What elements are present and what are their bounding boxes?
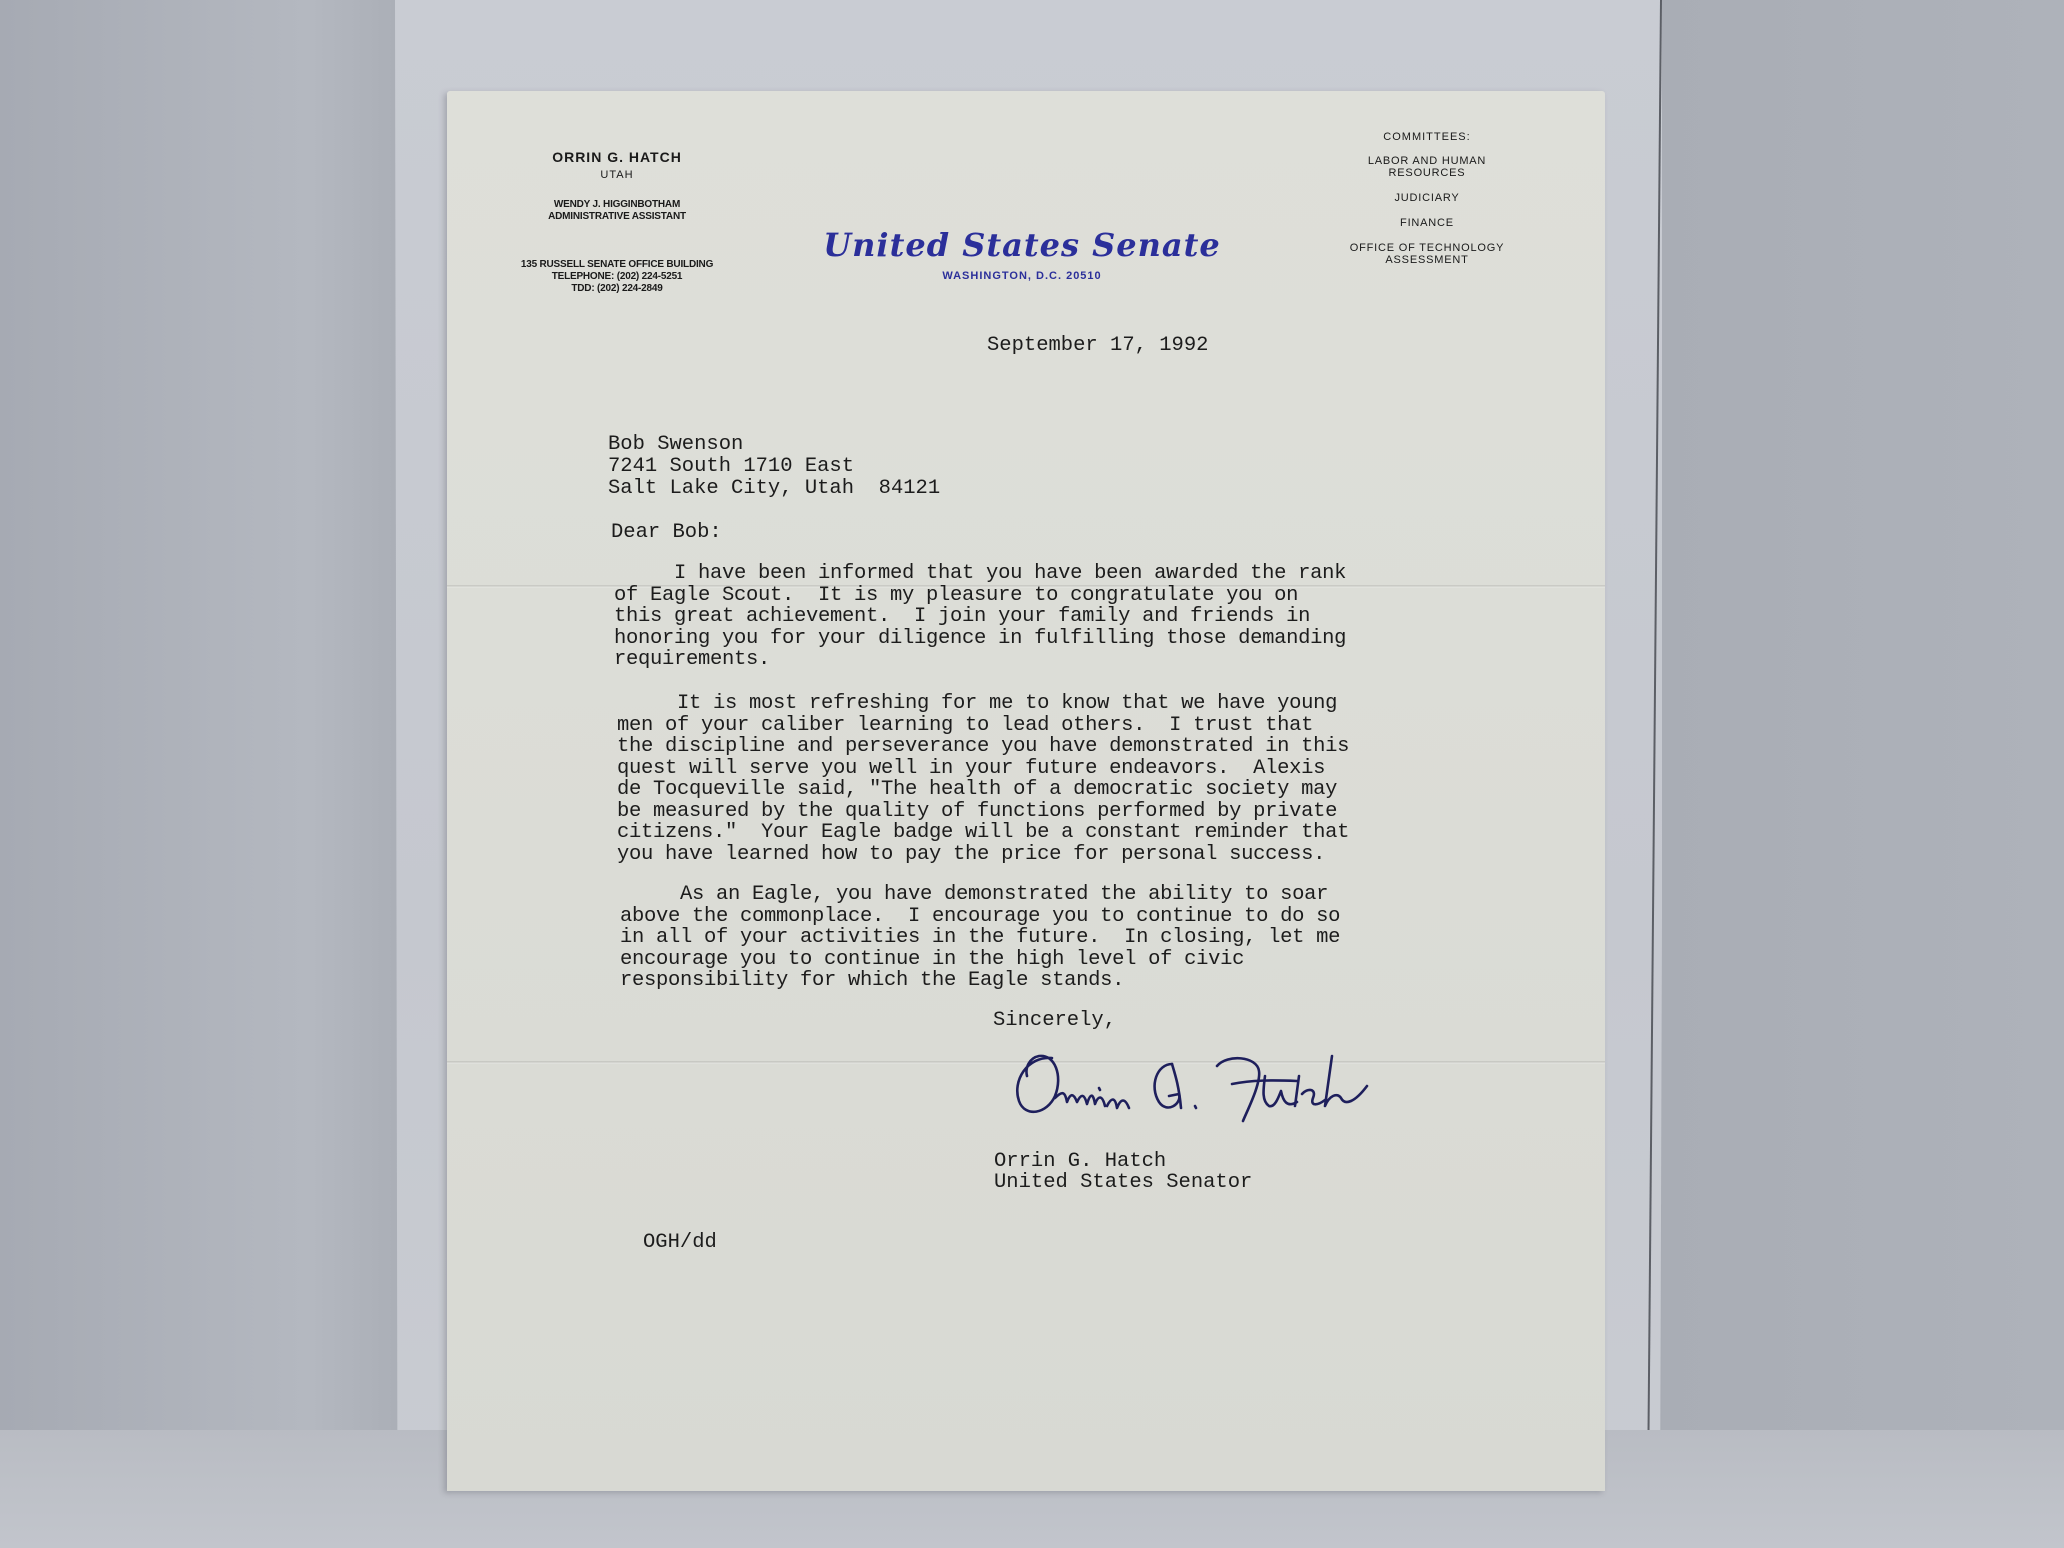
signer-block: Orrin G. Hatch United States Senator [994, 1151, 1252, 1193]
senator-name: ORRIN G. HATCH [487, 149, 747, 165]
closing: Sincerely, [993, 1009, 1116, 1032]
committee-item: LABOR AND HUMAN RESOURCES [1327, 155, 1527, 179]
background-wall [1662, 0, 2064, 1548]
committees-title: COMMITTEES: [1327, 131, 1527, 143]
letter-date: September 17, 1992 [987, 334, 1208, 357]
recipient-name: Bob Swenson [608, 434, 940, 456]
letter-paper: ORRIN G. HATCH UTAH WENDY J. HIGGINBOTHA… [447, 91, 1605, 1491]
salutation: Dear Bob: [611, 521, 722, 544]
committee-item: JUDICIARY [1327, 192, 1527, 204]
body-paragraph: As an Eagle, you have demonstrated the a… [620, 884, 1340, 992]
office-address-block: 135 RUSSELL SENATE OFFICE BUILDING TELEP… [487, 259, 747, 295]
letterhead-center: United States Senate WASHINGTON, D.C. 20… [797, 226, 1247, 282]
recipient-address: Bob Swenson 7241 South 1710 East Salt La… [608, 434, 940, 500]
body-paragraph: I have been informed that you have been … [614, 563, 1346, 671]
senator-state: UTAH [487, 169, 747, 181]
body-paragraph: It is most refreshing for me to know tha… [617, 693, 1349, 865]
institution-city: WASHINGTON, D.C. 20510 [797, 270, 1247, 282]
tdd-number: TDD: (202) 224-2849 [487, 283, 747, 295]
signature-icon [1007, 1036, 1387, 1136]
office-address: 135 RUSSELL SENATE OFFICE BUILDING [487, 259, 747, 271]
letterhead-committees: COMMITTEES: LABOR AND HUMAN RESOURCES JU… [1327, 131, 1527, 279]
signer-title: United States Senator [994, 1172, 1252, 1193]
aide-title: ADMINISTRATIVE ASSISTANT [487, 211, 747, 223]
institution-name: United States Senate [797, 226, 1247, 264]
telephone: TELEPHONE: (202) 224-5251 [487, 271, 747, 283]
committee-item: FINANCE [1327, 217, 1527, 229]
aide-block: WENDY J. HIGGINBOTHAM ADMINISTRATIVE ASS… [487, 199, 747, 223]
signer-name: Orrin G. Hatch [994, 1151, 1252, 1172]
reference-initials: OGH/dd [643, 1231, 717, 1254]
committee-item: OFFICE OF TECHNOLOGY ASSESSMENT [1327, 242, 1527, 266]
letterhead-left: ORRIN G. HATCH UTAH WENDY J. HIGGINBOTHA… [487, 149, 747, 295]
aide-name: WENDY J. HIGGINBOTHAM [487, 199, 747, 211]
recipient-street: 7241 South 1710 East [608, 456, 940, 478]
recipient-city: Salt Lake City, Utah 84121 [608, 478, 940, 500]
